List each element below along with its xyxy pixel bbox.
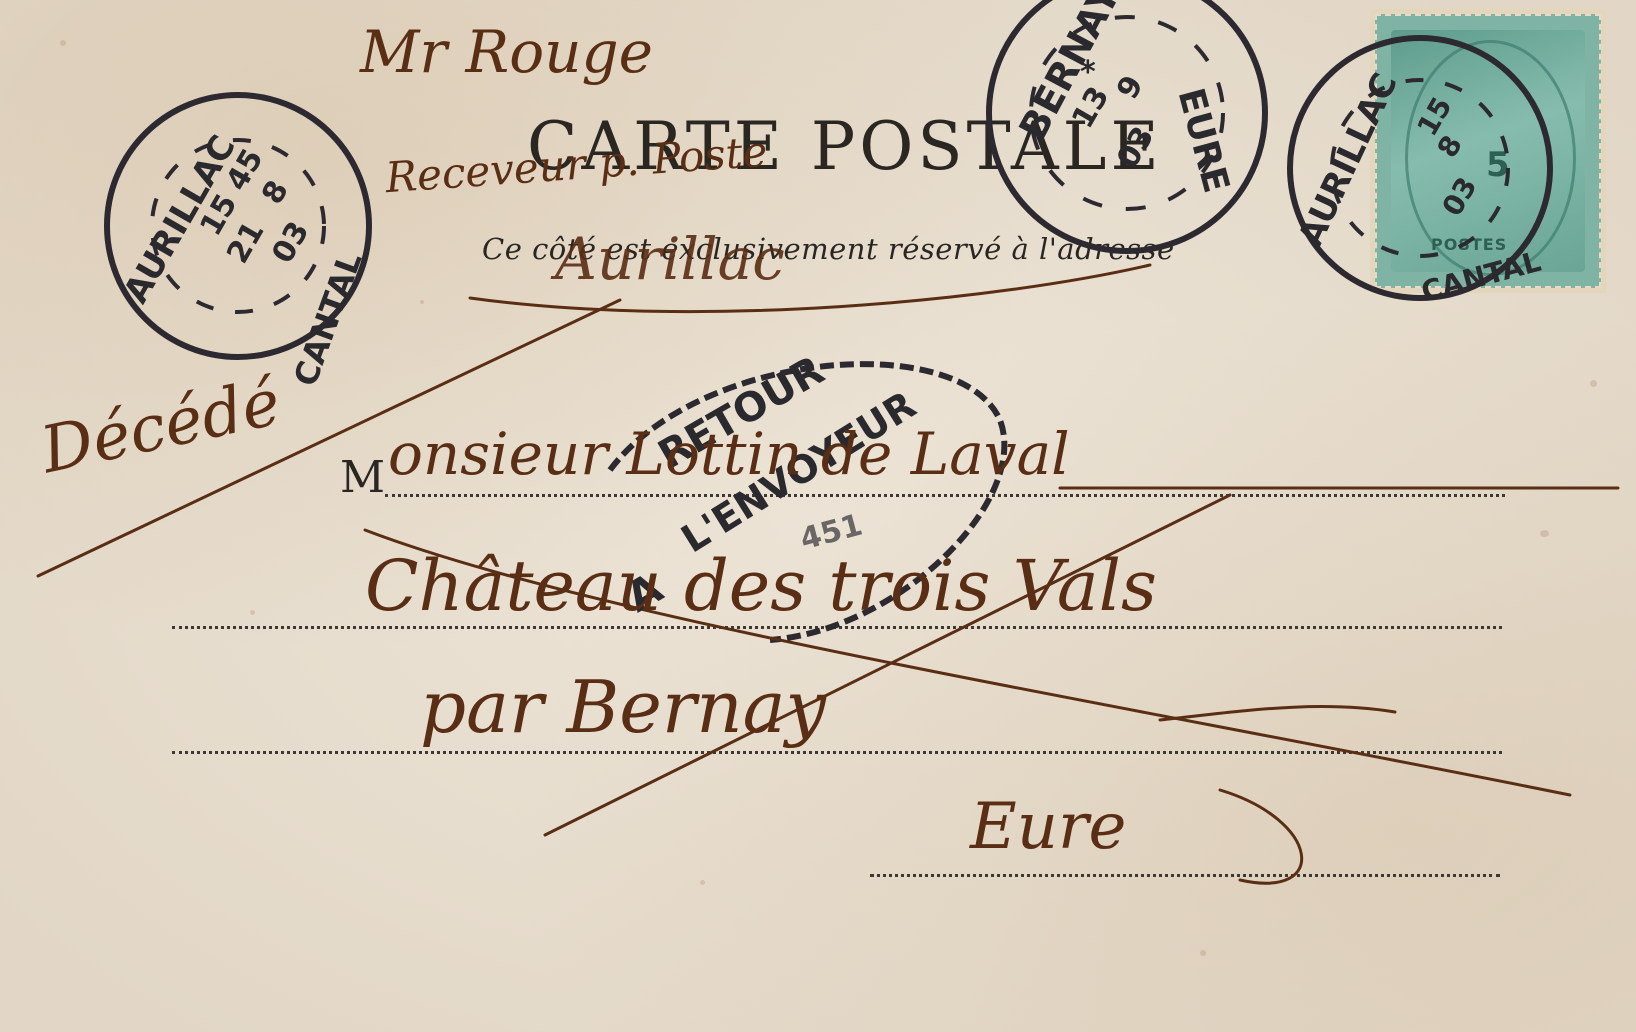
crossed-town: Aurillac [555, 225, 785, 293]
address-line2-text: Château des trois Vals [365, 545, 1157, 627]
postcard-back: CARTE POSTALE Ce côté est exclusivement … [0, 0, 1636, 1032]
note-recipient: Mr Rouge [360, 18, 653, 86]
address-line4-text: Eure [970, 790, 1126, 864]
address-line3-text: par Bernay [420, 665, 826, 749]
address-line1-text: onsieur Lottin de Laval [388, 420, 1070, 488]
